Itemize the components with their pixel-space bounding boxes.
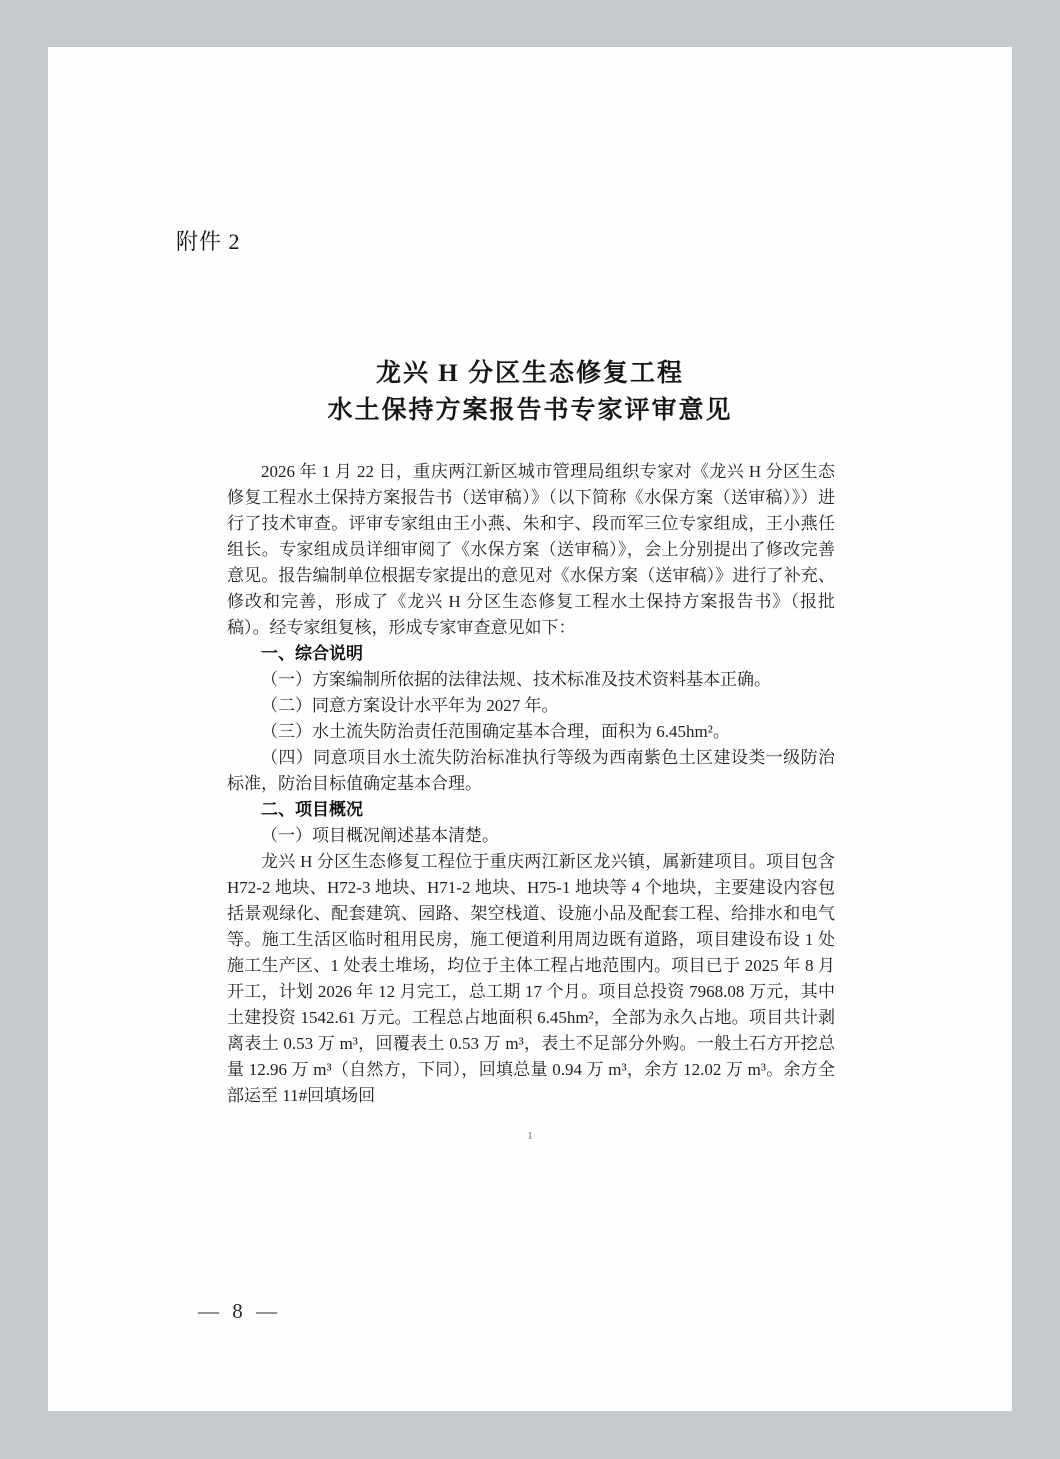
body-paragraph: 2026 年 1 月 22 日，重庆两江新区城市管理局组织专家对《龙兴 H 分区… — [227, 459, 835, 641]
section-heading: 二、项目概况 — [227, 797, 835, 823]
body-paragraph: （四）同意项目水土流失防治标准执行等级为西南紫色土区建设类一级防治标准，防治目标… — [227, 745, 835, 797]
document-title-line-1: 龙兴 H 分区生态修复工程 — [48, 355, 1012, 392]
document-title-line-2: 水土保持方案报告书专家评审意见 — [48, 392, 1012, 429]
attachment-label: 附件 2 — [176, 225, 241, 256]
body-paragraph: （二）同意方案设计水平年为 2027 年。 — [227, 693, 835, 719]
document-page: 附件 2 龙兴 H 分区生态修复工程 水土保持方案报告书专家评审意见 2026 … — [48, 47, 1012, 1411]
footer-page-number: — 8 — — [198, 1299, 281, 1324]
document-body: 2026 年 1 月 22 日，重庆两江新区城市管理局组织专家对《龙兴 H 分区… — [227, 459, 835, 1109]
body-paragraph: （三）水土流失防治责任范围确定基本合理，面积为 6.45hm²。 — [227, 719, 835, 745]
document-canvas: 附件 2 龙兴 H 分区生态修复工程 水土保持方案报告书专家评审意见 2026 … — [0, 0, 1060, 1459]
section-heading: 一、综合说明 — [227, 641, 835, 667]
inner-page-number: 1 — [48, 1130, 1012, 1142]
body-paragraph: 龙兴 H 分区生态修复工程位于重庆两江新区龙兴镇，属新建项目。项目包含 H72-… — [227, 849, 835, 1109]
body-paragraph: （一）方案编制所依据的法律法规、技术标准及技术资料基本正确。 — [227, 667, 835, 693]
body-paragraph: （一）项目概况阐述基本清楚。 — [227, 823, 835, 849]
document-title: 龙兴 H 分区生态修复工程 水土保持方案报告书专家评审意见 — [48, 355, 1012, 429]
